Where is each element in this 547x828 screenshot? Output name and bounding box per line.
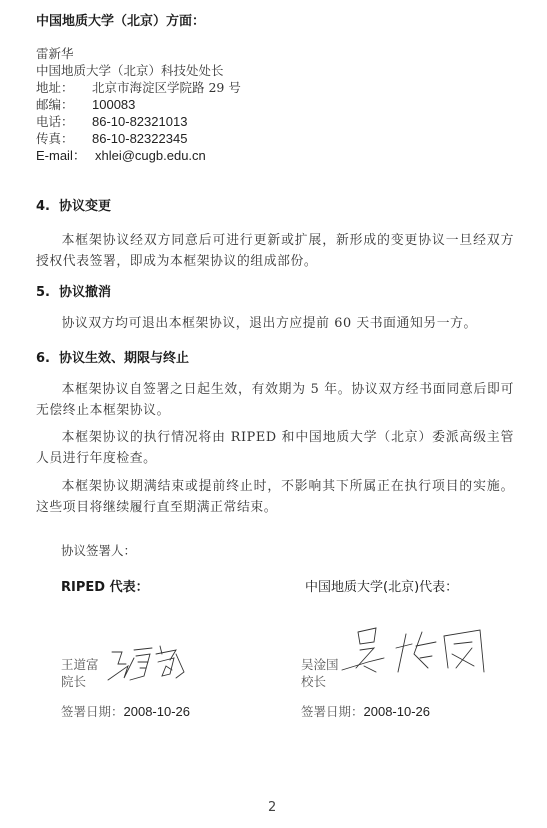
- right-signer-position: 校长: [301, 673, 326, 690]
- left-representative: RIPED 代表：: [61, 580, 149, 595]
- section-6-heading: 6. 协议生效、期限与终止: [36, 347, 189, 366]
- fax-label: 传真：: [36, 130, 92, 147]
- section-title: 协议变更: [59, 199, 111, 214]
- section-number: 5.: [36, 285, 50, 300]
- contact-row-postcode: 邮编：100083: [36, 96, 135, 113]
- left-signer-position: 院长: [61, 673, 86, 690]
- contact-row-address: 地址：北京市海淀区学院路 29 号: [36, 79, 241, 96]
- section-6-paragraph-1: 本框架协议自签署之日起生效，有效期为 5 年。协议双方经书面同意后即可无偿终止本…: [36, 379, 514, 421]
- handwritten-signature-icon: [104, 640, 194, 685]
- left-date-value: 2008-10-26: [124, 704, 191, 719]
- section-4-paragraph: 本框架协议经双方同意后可进行更新或扩展，新形成的变更协议一旦经双方授权代表签署，…: [36, 230, 514, 272]
- section-title: 协议撤消: [59, 285, 111, 300]
- postcode-value: 100083: [92, 97, 135, 112]
- fax-value: 86-10-82322345: [92, 131, 187, 146]
- right-representative-label: 中国地质大学(北京)代表：: [305, 576, 458, 595]
- right-date-label: 签署日期：: [301, 704, 364, 719]
- phone-label: 电话：: [36, 113, 92, 130]
- section-5-heading: 5. 协议撤消: [36, 281, 111, 300]
- section-6-paragraph-3: 本框架协议期满结束或提前终止时，不影响其下所属正在执行项目的实施。这些项目将继续…: [36, 476, 514, 518]
- email-value: xhlei@cugb.edu.cn: [95, 148, 206, 163]
- address-value: 北京市海淀区学院路 29 号: [92, 80, 241, 95]
- left-signer-name: 王道富: [61, 656, 99, 673]
- signatories-label: 协议签署人：: [61, 542, 136, 559]
- right-date-value: 2008-10-26: [364, 704, 431, 719]
- page-number: 2: [268, 800, 276, 815]
- contact-title: 中国地质大学（北京）科技处处长: [36, 62, 224, 79]
- right-signer-name: 吴淦国: [301, 656, 339, 673]
- section-5-paragraph: 协议双方均可退出本框架协议，退出方应提前 60 天书面通知另一方。: [36, 313, 514, 334]
- address-label: 地址：: [36, 79, 92, 96]
- contact-row-fax: 传真：86-10-82322345: [36, 130, 187, 147]
- contact-row-email: E-mail：xhlei@cugb.edu.cn: [36, 147, 206, 164]
- handwritten-signature-icon: [340, 624, 490, 684]
- postcode-label: 邮编：: [36, 96, 92, 113]
- phone-value: 86-10-82321013: [92, 114, 187, 129]
- section-6-paragraph-2: 本框架协议的执行情况将由 RIPED 和中国地质大学（北京）委派高级主管人员进行…: [36, 427, 514, 469]
- left-date: 签署日期：2008-10-26: [61, 703, 190, 720]
- contact-heading: 中国地质大学（北京）方面：: [36, 10, 205, 29]
- left-date-label: 签署日期：: [61, 704, 124, 719]
- section-title: 协议生效、期限与终止: [59, 351, 189, 366]
- contact-row-phone: 电话：86-10-82321013: [36, 113, 187, 130]
- contact-name: 雷新华: [36, 45, 74, 62]
- section-number: 6.: [36, 351, 50, 366]
- right-date: 签署日期：2008-10-26: [301, 703, 430, 720]
- section-number: 4.: [36, 199, 50, 214]
- email-label: E-mail：: [36, 147, 95, 164]
- section-4-heading: 4. 协议变更: [36, 195, 111, 214]
- left-representative-label: RIPED 代表：: [61, 576, 149, 595]
